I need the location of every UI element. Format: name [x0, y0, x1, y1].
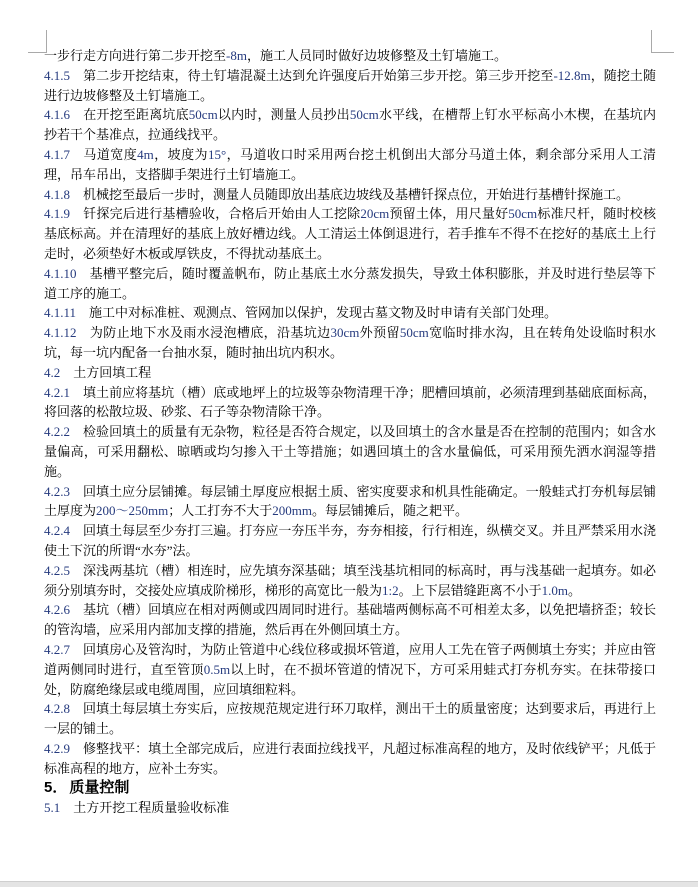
page-bottom-edge — [0, 881, 698, 887]
subsection-title: 5.1土方开挖工程质量验收标准 — [44, 798, 656, 818]
clause-text: 一步行走方向进行第二步开挖至-8m，施工人员同时做好边坡修整及土钉墙施工。 — [44, 48, 507, 63]
numeric-value: 20cm — [360, 206, 389, 221]
clause-text: 施工中对标准桩、观测点、管网加以保护，发现古墓文物及时申请有关部门处理。 — [89, 305, 557, 320]
numeric-value: 1:2 — [382, 583, 399, 598]
clause-number: 4.2.6 — [44, 602, 70, 617]
clause-paragraph: 4.1.9钎探完后进行基槽验收，合格后开始由人工挖除20cm预留土体，用尺量好5… — [44, 204, 656, 263]
clause-number: 4.2.5 — [44, 563, 70, 578]
document-page: 一步行走方向进行第二步开挖至-8m，施工人员同时做好边坡修整及土钉墙施工。4.1… — [0, 0, 698, 887]
clause-number: 4.2.4 — [44, 523, 70, 538]
clause-number: 4.1.12 — [44, 325, 77, 340]
numeric-value: 200～250mm — [96, 503, 168, 518]
clause-number: 4.1.11 — [44, 305, 76, 320]
section-heading: 5．质量控制 — [44, 778, 656, 798]
clause-paragraph: 4.1.5第二步开挖结束，待土钉墙混凝土达到允许强度后开始第三步开挖。第三步开挖… — [44, 66, 656, 106]
numeric-value: 30cm — [330, 325, 359, 340]
clause-text: 回填土应分层铺摊。每层铺土厚度应根据土质、密实度要求和机具性能确定。一般蛙式打夯… — [44, 484, 656, 519]
clause-text: 基坑（槽）回填应在相对两侧或四周同时进行。基础墙两侧标高不可相差太多，以免把墙挤… — [44, 602, 656, 637]
clause-paragraph: 4.2.4回填土每层至少夯打三遍。打夯应一夯压半夯，夯夯相接，行行相连，纵横交叉… — [44, 521, 656, 561]
subsection-title: 4.2土方回填工程 — [44, 363, 656, 383]
clause-text: 土方开挖工程质量验收标准 — [73, 800, 229, 815]
numeric-value: 50cm — [350, 107, 379, 122]
clause-text: 机械挖至最后一步时，测量人员随即放出基底边坡线及基槽钎探点位，开始进行基槽针探施… — [83, 187, 629, 202]
numeric-value: 50cm — [189, 107, 218, 122]
numeric-value: 200mm — [272, 503, 312, 518]
clause-text: 质量控制 — [69, 779, 129, 796]
clause-paragraph: 4.2.7回填房心及管沟时，为防止管道中心线位移或损坏管道，应用人工先在管子两侧… — [44, 640, 656, 699]
clause-number: 4.1.5 — [44, 68, 70, 83]
clause-number: 4.1.6 — [44, 107, 70, 122]
clause-number: 4.1.10 — [44, 266, 77, 281]
numeric-value: 4m — [137, 147, 154, 162]
clause-number: 4.2.2 — [44, 424, 70, 439]
clause-number: 4.2.1 — [44, 385, 70, 400]
clause-paragraph: 4.2.5深浅两基坑（槽）相连时，应先填夯深基础；填至浅基坑相同的标高时，再与浅… — [44, 561, 656, 601]
clause-paragraph: 4.2.1填土前应将基坑（槽）底或地坪上的垃圾等杂物清理干净；肥槽回填前，必须清… — [44, 383, 656, 423]
clause-text: 修整找平：填土全部完成后，应进行表面拉线找平，凡超过标准高程的地方，及时依线铲平… — [44, 741, 656, 776]
clause-text: 在开挖至距离坑底50cm以内时，测量人员抄出50cm水平线，在槽帮上钉水平标高小… — [44, 107, 656, 142]
clause-number: 4.1.8 — [44, 187, 70, 202]
clause-number: 4.1.9 — [44, 206, 70, 221]
clause-text: 基槽平整完后，随时覆盖帆布，防止基底土水分蒸发损失，导致土体积膨胀，并及时进行垫… — [44, 266, 656, 301]
clause-paragraph: 4.1.6在开挖至距离坑底50cm以内时，测量人员抄出50cm水平线，在槽帮上钉… — [44, 105, 656, 145]
clause-paragraph: 4.1.11施工中对标准桩、观测点、管网加以保护，发现古墓文物及时申请有关部门处… — [44, 303, 656, 323]
clause-number: 4.1.7 — [44, 147, 70, 162]
clause-text: 钎探完后进行基槽验收，合格后开始由人工挖除20cm预留土体，用尺量好50cm标准… — [44, 206, 656, 261]
numeric-value: 50cm — [508, 206, 537, 221]
clause-text: 深浅两基坑（槽）相连时，应先填夯深基础；填至浅基坑相同的标高时，再与浅基础一起填… — [44, 563, 656, 598]
clause-paragraph: 4.1.8机械挖至最后一步时，测量人员随即放出基底边坡线及基槽钎探点位，开始进行… — [44, 185, 656, 205]
clause-text: 回填土每层至少夯打三遍。打夯应一夯压半夯，夯夯相接，行行相连，纵横交叉。并且严禁… — [44, 523, 656, 558]
document-body: 一步行走方向进行第二步开挖至-8m，施工人员同时做好边坡修整及土钉墙施工。4.1… — [44, 46, 656, 818]
clause-paragraph: 4.2.3回填土应分层铺摊。每层铺土厚度应根据土质、密实度要求和机具性能确定。一… — [44, 482, 656, 522]
clause-number: 5． — [44, 779, 67, 796]
clause-paragraph: 4.2.2检验回填土的质量有无杂物，粒径是否符合规定，以及回填土的含水量是否在控… — [44, 422, 656, 481]
numeric-value: -8m — [226, 48, 247, 63]
clause-number: 5.1 — [44, 800, 60, 815]
clause-number: 4.2 — [44, 365, 60, 380]
numeric-value: 15° — [208, 147, 226, 162]
clause-paragraph: 一步行走方向进行第二步开挖至-8m，施工人员同时做好边坡修整及土钉墙施工。 — [44, 46, 656, 66]
clause-text: 第二步开挖结束，待土钉墙混凝土达到允许强度后开始第三步开挖。第三步开挖至-12.… — [44, 68, 656, 103]
clause-number: 4.2.3 — [44, 484, 70, 499]
numeric-value: 1.0m — [542, 583, 568, 598]
clause-text: 回填房心及管沟时，为防止管道中心线位移或损坏管道，应用人工先在管子两侧填土夯实；… — [44, 642, 656, 697]
clause-paragraph: 4.1.7马道宽度4m，坡度为15°，马道收口时采用两台挖土机倒出大部分马道土体… — [44, 145, 656, 185]
clause-text: 填土前应将基坑（槽）底或地坪上的垃圾等杂物清理干净；肥槽回填前，必须清理到基础底… — [44, 385, 656, 420]
clause-number: 4.2.7 — [44, 642, 70, 657]
clause-text: 土方回填工程 — [73, 365, 151, 380]
numeric-value: -12.8m — [553, 68, 590, 83]
clause-paragraph: 4.2.8回填土每层填土夯实后，应按规范规定进行环刀取样，测出干土的质量密度；达… — [44, 699, 656, 739]
numeric-value: 50cm — [400, 325, 429, 340]
clause-number: 4.2.9 — [44, 741, 70, 756]
numeric-value: 0.5m — [204, 662, 230, 677]
clause-text: 检验回填土的质量有无杂物，粒径是否符合规定，以及回填土的含水量是否在控制的范围内… — [44, 424, 656, 479]
clause-paragraph: 4.2.6基坑（槽）回填应在相对两侧或四周同时进行。基础墙两侧标高不可相差太多，… — [44, 600, 656, 640]
clause-paragraph: 4.2.9修整找平：填土全部完成后，应进行表面拉线找平，凡超过标准高程的地方，及… — [44, 739, 656, 779]
clause-text: 马道宽度4m，坡度为15°，马道收口时采用两台挖土机倒出大部分马道土体，剩余部分… — [44, 147, 656, 182]
clause-number: 4.2.8 — [44, 701, 70, 716]
clause-paragraph: 4.1.12为防止地下水及雨水浸泡槽底，沿基坑边30cm外预留50cm宽临时排水… — [44, 323, 656, 363]
clause-text: 回填土每层填土夯实后，应按规范规定进行环刀取样，测出干土的质量密度；达到要求后，… — [44, 701, 656, 736]
clause-paragraph: 4.1.10基槽平整完后，随时覆盖帆布，防止基底土水分蒸发损失，导致土体积膨胀，… — [44, 264, 656, 304]
clause-text: 为防止地下水及雨水浸泡槽底，沿基坑边30cm外预留50cm宽临时排水沟，且在转角… — [44, 325, 656, 360]
